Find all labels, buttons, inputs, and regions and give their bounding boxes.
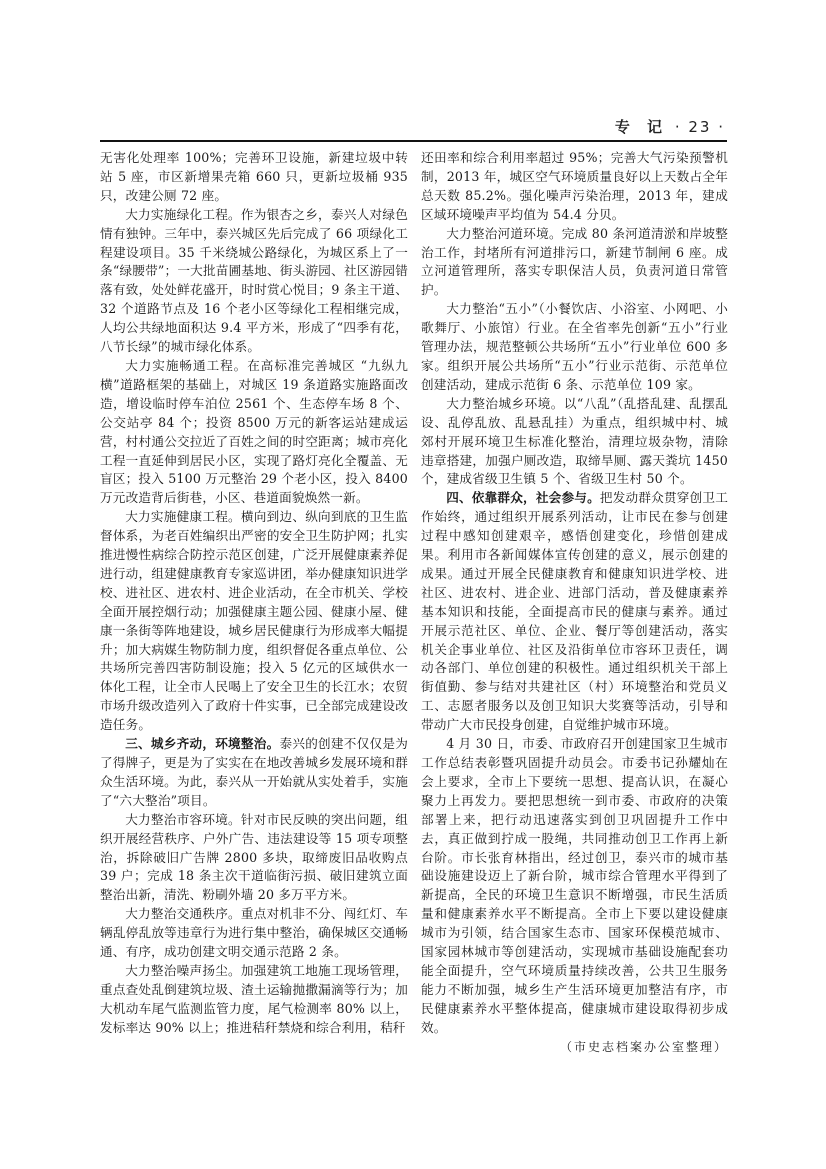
paragraph-body: 把发动群众贯穿创卫工作始终，通过组织开展系列活动，让市民在参与创建过程中感知创建… [421,490,728,732]
paragraph: 无害化处理率 100%；完善环卫设施，新建垃圾中转站 5 座，市区新增果壳箱 6… [100,149,408,206]
paragraph: 还田率和综合利用率超过 95%；完善大气污染预警机制，2013 年，城区空气环境… [421,149,728,225]
running-header: 专 记 · 23 · [100,112,727,141]
section-paragraph: 三、城乡齐动，环境整治。泰兴的创建不仅仅是为了得牌子，更是为了实实在在地改善城乡… [100,735,408,811]
paragraph: 大力整治市容环境。针对市民反映的突出问题，组织开展经营秩序、户外广告、违法建设等… [100,811,408,906]
paragraph: 大力整治城乡环境。以“八乱”（乱搭乱建、乱摆乱设、乱停乱放、乱悬乱挂）为重点，组… [421,395,728,490]
header-section-page: 专 记 · 23 · [615,116,725,137]
paragraph: 4 月 30 日，市委、市政府召开创建国家卫生城市工作总结表彰暨巩固提升动员会。… [421,735,728,1038]
paragraph: 大力实施健康工程。横向到边、纵向到底的卫生监督体系，为老百姓编织出严密的安全卫生… [100,508,408,735]
paragraph: 大力整治河道环境。完成 80 条河道清淤和岸坡整治工作，封堵所有河道排污口，新建… [421,225,728,301]
paragraph: 大力实施畅通工程。在高标准完善城区 “九纵九横”道路框架的基础上，对城区 19 … [100,357,408,508]
section-heading: 四、依靠群众，社会参与。 [446,490,600,505]
section-title: 专 记 [615,118,668,136]
author-signature: （市史志档案办公室整理） [421,1038,728,1057]
paragraph: 大力整治噪声扬尘。加强建筑工地施工现场管理，重点查处乱倒建筑垃圾、渣土运输抛撒漏… [100,962,408,1038]
paragraph: 大力实施绿化工程。作为银杏之乡，泰兴人对绿色情有独钟。三年中，泰兴城区先后完成了… [100,206,408,357]
paragraph: 大力整治“五小”（小餐饮店、小浴室、小网吧、小歌舞厅、小旅馆）行业。在全省率先创… [421,300,728,395]
section-paragraph: 四、依靠群众，社会参与。把发动群众贯穿创卫工作始终，通过组织开展系列活动，让市民… [421,489,728,735]
right-column: 还田率和综合利用率超过 95%；完善大气污染预警机制，2013 年，城区空气环境… [421,149,728,1057]
paragraph: 大力整治交通秩序。重点对机非不分、闯红灯、车辆乱停乱放等违章行为进行集中整治，确… [100,905,408,962]
page-number: · 23 · [675,118,725,136]
header-rule [100,140,727,142]
section-heading: 三、城乡齐动，环境整治。 [125,736,279,751]
left-column: 无害化处理率 100%；完善环卫设施，新建垃圾中转站 5 座，市区新增果壳箱 6… [100,149,408,1038]
